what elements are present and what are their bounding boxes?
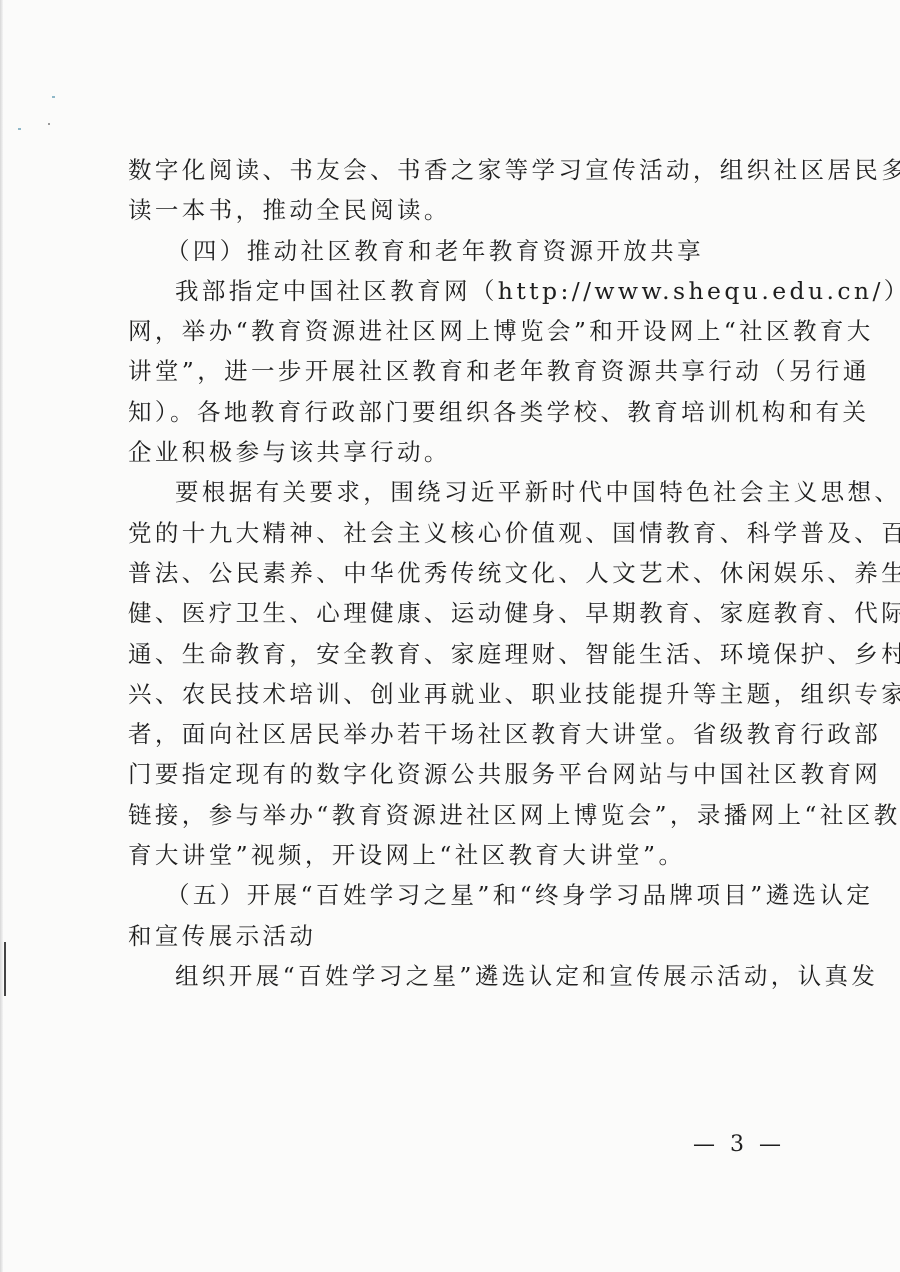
- text-line: 数字化阅读、书友会、书香之家等学习宣传活动，组织社区居民多: [128, 150, 792, 190]
- paragraph: 要根据有关要求，围绕习近平新时代中国特色社会主义思想、 党的十九大精神、社会主义…: [128, 472, 792, 875]
- text-line: 育大讲堂”视频，开设网上“社区教育大讲堂”。: [128, 835, 792, 875]
- scan-speck: [48, 123, 50, 125]
- scan-speck: [52, 96, 55, 98]
- section-heading-5: （五）开展“百姓学习之星”和“终身学习品牌项目”遴选认定 和宣传展示活动: [128, 875, 792, 956]
- text-line: 健、医疗卫生、心理健康、运动健身、早期教育、家庭教育、代际沟: [128, 593, 792, 633]
- text-line: 党的十九大精神、社会主义核心价值观、国情教育、科学普及、百姓: [128, 513, 792, 553]
- text-line: 我部指定中国社区教育网（http://www.shequ.edu.cn/）为官: [128, 271, 792, 311]
- text-line: 企业积极参与该共享行动。: [128, 432, 792, 472]
- heading-line: （四）推动社区教育和老年教育资源开放共享: [128, 231, 792, 271]
- paragraph: 组织开展“百姓学习之星”遴选认定和宣传展示活动，认真发: [128, 956, 792, 996]
- paragraph: 数字化阅读、书友会、书香之家等学习宣传活动，组织社区居民多 读一本书，推动全民阅…: [128, 150, 792, 231]
- binding-mark: [4, 942, 6, 996]
- text-line: 组织开展“百姓学习之星”遴选认定和宣传展示活动，认真发: [128, 956, 792, 996]
- page-number: — 3 —: [693, 1132, 785, 1157]
- paragraph: 我部指定中国社区教育网（http://www.shequ.edu.cn/）为官 …: [128, 271, 792, 472]
- document-body: 数字化阅读、书友会、书香之家等学习宣传活动，组织社区居民多 读一本书，推动全民阅…: [128, 150, 792, 996]
- text-line: 链接，参与举办“教育资源进社区网上博览会”，录播网上“社区教: [128, 795, 792, 835]
- section-heading-4: （四）推动社区教育和老年教育资源开放共享: [128, 231, 792, 271]
- heading-line: 和宣传展示活动: [128, 916, 792, 956]
- text-line: 普法、公民素养、中华优秀传统文化、人文艺术、休闲娱乐、养生保: [128, 553, 792, 593]
- text-line: 知）。各地教育行政部门要组织各类学校、教育培训机构和有关: [128, 392, 792, 432]
- text-line: 者，面向社区居民举办若干场社区教育大讲堂。省级教育行政部: [128, 714, 792, 754]
- scan-speck: [18, 128, 21, 130]
- text-line: 兴、农民技术培训、创业再就业、职业技能提升等主题，组织专家学: [128, 674, 792, 714]
- text-line: 讲堂”，进一步开展社区教育和老年教育资源共享行动（另行通: [128, 351, 792, 391]
- scan-page-edge: [0, 0, 3, 1272]
- text-line: 要根据有关要求，围绕习近平新时代中国特色社会主义思想、: [128, 472, 792, 512]
- heading-line: （五）开展“百姓学习之星”和“终身学习品牌项目”遴选认定: [128, 875, 792, 915]
- text-line: 门要指定现有的数字化资源公共服务平台网站与中国社区教育网: [128, 754, 792, 794]
- text-line: 通、生命教育，安全教育、家庭理财、智能生活、环境保护、乡村振: [128, 634, 792, 674]
- text-line: 网，举办“教育资源进社区网上博览会”和开设网上“社区教育大: [128, 311, 792, 351]
- text-line: 读一本书，推动全民阅读。: [128, 190, 792, 230]
